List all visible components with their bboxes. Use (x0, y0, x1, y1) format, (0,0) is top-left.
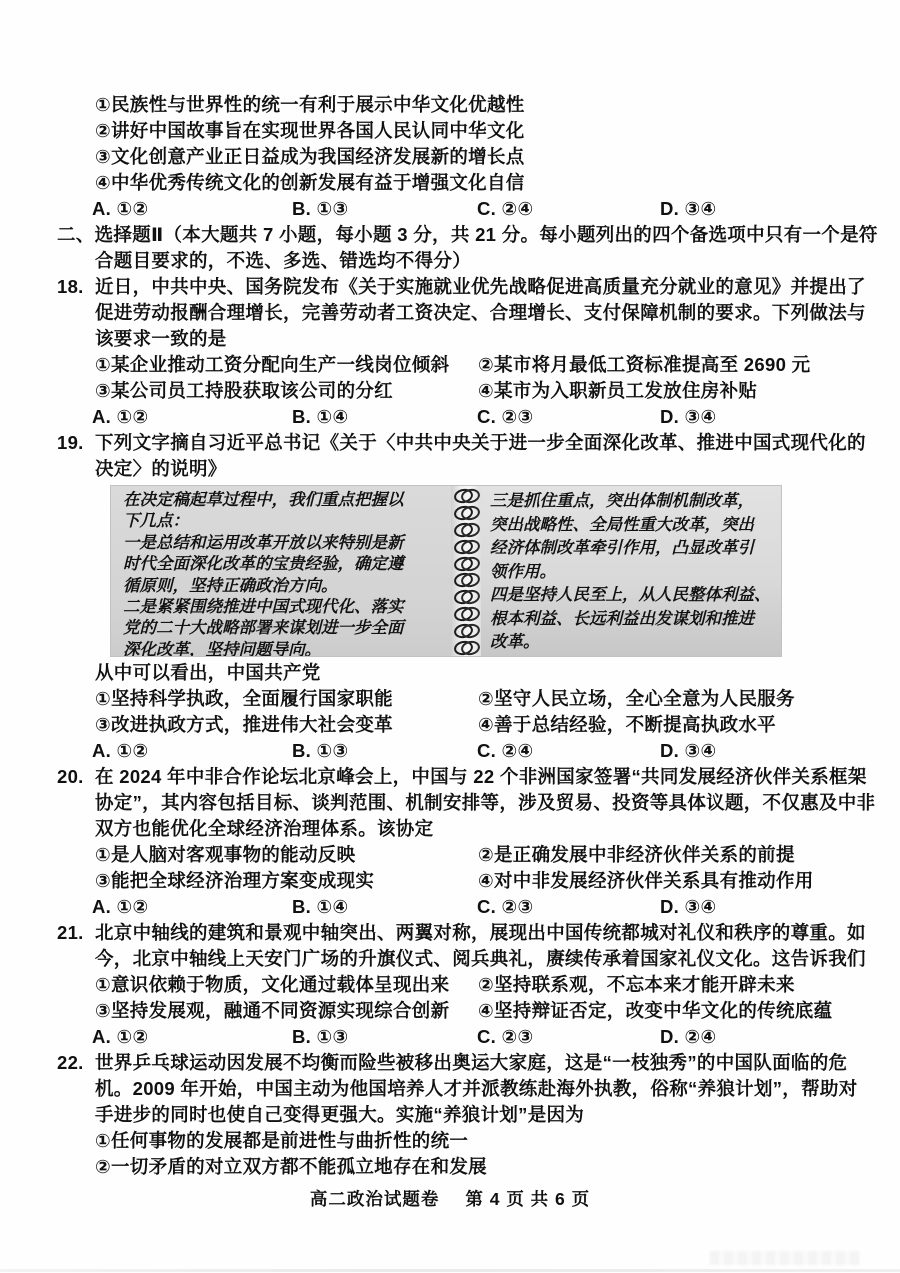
option-row: ③改进执政方式，推进伟大社会变革④善于总结经验，不断提高执政水平 (95, 712, 847, 738)
figure-text-line: 一是总结和运用改革开放以来特别是新 (123, 532, 447, 553)
answer-d: D. ③④ (660, 738, 716, 764)
spiral-ring-icon (454, 557, 478, 569)
stem-line: 机。2009 年开始，中国主动为他国培养人才并派教练赴海外执教，俗称“养狼计划”… (95, 1076, 847, 1102)
footer-page-number: 第 4 页 共 6 页 (465, 1189, 590, 1209)
figure-text-line: 二是紧紧围绕推进中国式现代化、落实 (123, 596, 447, 617)
question-17-answers: A. ①②B. ①③C. ②④D. ③④ (57, 196, 847, 222)
figure-text-line: 下几点： (123, 510, 447, 531)
spiral-ring-icon (454, 540, 478, 552)
answer-a: A. ①② (92, 1024, 292, 1050)
option-3: ③坚持发展观，融通不同资源实现综合创新 (95, 998, 478, 1024)
option-4: ④坚持辩证否定，改变中华文化的传统底蕴 (478, 1000, 832, 1021)
option-4: ④对中非发展经济伙伴关系具有推动作用 (478, 870, 814, 891)
stem-line: 下列文字摘自习近平总书记《关于〈中共中央关于进一步全面深化改革、推进中国式现代化… (95, 430, 847, 456)
question-19-number: 19. (57, 430, 84, 456)
figure-text-line: 改革。 (490, 630, 777, 654)
option-2: ②是正确发展中非经济伙伴关系的前提 (478, 844, 795, 865)
option-2: ②一切矛盾的对立双方都不能孤立地存在和发展 (95, 1154, 847, 1180)
option-4: ④某市为入职新员工发放住房补贴 (478, 380, 757, 401)
figure-text-line: 深化改革，坚持问题导向。 (123, 639, 447, 657)
question-18: 18. 近日，中共中央、国务院发布《关于实施就业优先战略促进高质量充分就业的意见… (57, 274, 847, 404)
answer-c: C. ②④ (477, 738, 660, 764)
option-1: ①坚持科学执政，全面履行国家职能 (95, 686, 478, 712)
option-3: ③文化创意产业正日益成为我国经济发展新的增长点 (95, 144, 847, 170)
spiral-ring-icon (454, 607, 478, 619)
figure-text-line: 在决定稿起草过程中，我们重点把握以 (123, 489, 447, 510)
option-1: ①是人脑对客观事物的能动反映 (95, 842, 478, 868)
option-2: ②坚持联系观，不忘本来才能开辟未来 (478, 974, 795, 995)
answer-b: B. ①④ (292, 404, 477, 430)
section-header-line-1: 二、选择题Ⅱ（本大题共 7 小题，每小题 3 分，共 21 分。每小题列出的四个… (57, 222, 847, 248)
spiral-ring-icon (454, 641, 478, 653)
figure-text-line: 突出战略性、全局性重大改革，突出 (490, 513, 777, 537)
question-17-options: ①民族性与世界性的统一有利于展示中华文化优越性 ②讲好中国故事旨在实现世界各国人… (57, 92, 847, 196)
question-20-number: 20. (57, 764, 84, 790)
spiral-ring-icon (454, 489, 478, 501)
answer-b: B. ①③ (292, 196, 477, 222)
answer-a: A. ①② (92, 738, 292, 764)
question-22: 22. 世界乒乓球运动因发展不均衡而险些被移出奥运大家庭，这是“一枝独秀”的中国… (57, 1050, 847, 1180)
question-19: 19. 下列文字摘自习近平总书记《关于〈中共中央关于进一步全面深化改革、推进中国… (57, 430, 847, 738)
option-1: ①意识依赖于物质，文化通过载体呈现出来 (95, 972, 478, 998)
spiral-ring-icon (454, 506, 478, 518)
stem-line: 今，北京中轴线上天安门广场的升旗仪式、阅兵典礼，赓续传承着国家礼仪文化。这告诉我… (95, 946, 847, 972)
answer-c: C. ②③ (477, 1024, 660, 1050)
question-18-number: 18. (57, 274, 84, 300)
question-19-answers: A. ①②B. ①③C. ②④D. ③④ (57, 738, 847, 764)
figure-text-line: 根本利益、长远利益出发谋划和推进 (490, 607, 777, 631)
question-18-answers: A. ①②B. ①④C. ②③D. ③④ (57, 404, 847, 430)
answer-b: B. ①③ (292, 1024, 477, 1050)
answer-d: D. ③④ (660, 894, 716, 920)
spiral-ring-icon (454, 624, 478, 636)
question-20-answers: A. ①②B. ①④C. ②③D. ③④ (57, 894, 847, 920)
answer-d: D. ③④ (660, 196, 716, 222)
page-footer: 高二政治试题卷第 4 页 共 6 页 (0, 1186, 900, 1211)
option-1: ①某企业推动工资分配向生产一线岗位倾斜 (95, 352, 478, 378)
option-3: ③改进执政方式，推进伟大社会变革 (95, 712, 478, 738)
question-21-number: 21. (57, 920, 84, 946)
stem-line: 世界乒乓球运动因发展不均衡而险些被移出奥运大家庭，这是“一枝独秀”的中国队面临的… (95, 1050, 847, 1076)
footer-exam-title: 高二政治试题卷 (310, 1189, 440, 1209)
answer-d: D. ③④ (660, 404, 716, 430)
answer-a: A. ①② (92, 894, 292, 920)
figure-text-line: 党的二十大战略部署来谋划进一步全面 (123, 617, 447, 638)
stem-line: 该要求一致的是 (95, 326, 847, 352)
option-row: ①某企业推动工资分配向生产一线岗位倾斜②某市将月最低工资标准提高至 2690 元 (95, 352, 847, 378)
question-22-number: 22. (57, 1050, 84, 1076)
option-3: ③某公司员工持股获取该公司的分红 (95, 378, 478, 404)
figure-text-line: 领作用。 (490, 560, 777, 584)
spiral-ring-icon (454, 523, 478, 535)
stem-line: 促进劳动报酬合理增长，完善劳动者工资决定、合理增长、支付保障机制的要求。下列做法… (95, 300, 847, 326)
figure-text-line: 循原则，坚持正确政治方向。 (123, 575, 447, 596)
page-content: ①民族性与世界性的统一有利于展示中华文化优越性 ②讲好中国故事旨在实现世界各国人… (57, 92, 847, 1180)
option-row: ①意识依赖于物质，文化通过载体呈现出来②坚持联系观，不忘本来才能开辟未来 (95, 972, 847, 998)
stem-line: 北京中轴线的建筑和景观中轴突出、两翼对称，展现出中国传统都城对礼仪和秩序的尊重。… (95, 920, 847, 946)
notebook-right-page: 三是抓住重点，突出体制机制改革， 突出战略性、全局性重大改革，突出 经济体制改革… (481, 486, 781, 656)
exam-paper-page: ①民族性与世界性的统一有利于展示中华文化优越性 ②讲好中国故事旨在实现世界各国人… (0, 0, 900, 1273)
stem-line: 协定”，其内容包括目标、谈判范围、机制安排等，涉及贸易、投资等具体议题，不仅惠及… (95, 790, 847, 816)
answer-d: D. ②④ (660, 1024, 716, 1050)
section-header-line-2: 合题目要求的，不选、多选、错选均不得分） (57, 248, 847, 274)
question-21-answers: A. ①②B. ①③C. ②③D. ②④ (57, 1024, 847, 1050)
option-3: ③能把全球经济治理方案变成现实 (95, 868, 478, 894)
stem-line: 近日，中共中央、国务院发布《关于实施就业优先战略促进高质量充分就业的意见》并提出… (95, 274, 847, 300)
section-title: 二、选择题Ⅱ (57, 224, 164, 245)
option-row: ③能把全球经济治理方案变成现实④对中非发展经济伙伴关系具有推动作用 (95, 868, 847, 894)
notebook-left-page: 在决定稿起草过程中，我们重点把握以 下几点： 一是总结和运用改革开放以来特别是新… (111, 486, 451, 656)
scan-edge-line (0, 1269, 900, 1272)
spiral-binding (451, 486, 481, 656)
option-1: ①任何事物的发展都是前进性与曲折性的统一 (95, 1128, 847, 1154)
option-row: ③某公司员工持股获取该公司的分红④某市为入职新员工发放住房补贴 (95, 378, 847, 404)
answer-c: C. ②④ (477, 196, 660, 222)
question-20: 20. 在 2024 年中非合作论坛北京峰会上，中国与 22 个非洲国家签署“共… (57, 764, 847, 894)
option-2: ②某市将月最低工资标准提高至 2690 元 (478, 354, 810, 375)
notebook-figure-image: 在决定稿起草过程中，我们重点把握以 下几点： 一是总结和运用改革开放以来特别是新… (110, 485, 782, 657)
stem-line: 在 2024 年中非合作论坛北京峰会上，中国与 22 个非洲国家签署“共同发展经… (95, 764, 847, 790)
option-2: ②坚守人民立场，全心全意为人民服务 (478, 688, 795, 709)
answer-b: B. ①③ (292, 738, 477, 764)
option-4: ④善于总结经验，不断提高执政水平 (478, 714, 776, 735)
option-1: ①民族性与世界性的统一有利于展示中华文化优越性 (95, 92, 847, 118)
answer-a: A. ①② (92, 404, 292, 430)
option-row: ①是人脑对客观事物的能动反映②是正确发展中非经济伙伴关系的前提 (95, 842, 847, 868)
figure-text-line: 经济体制改革牵引作用，凸显改革引 (490, 536, 777, 560)
figure-text-line: 四是坚持人民至上，从人民整体利益、 (490, 583, 777, 607)
option-row: ③坚持发展观，融通不同资源实现综合创新④坚持辩证否定，改变中华文化的传统底蕴 (95, 998, 847, 1024)
spiral-ring-icon (454, 590, 478, 602)
question-21: 21. 北京中轴线的建筑和景观中轴突出、两翼对称，展现出中国传统都城对礼仪和秩序… (57, 920, 847, 1024)
section-header-rest: （本大题共 7 小题，每小题 3 分，共 21 分。每小题列出的四个备选项中只有… (164, 224, 878, 245)
stem-line: 决定〉的说明》 (95, 456, 847, 482)
figure-text-line: 三是抓住重点，突出体制机制改革， (490, 489, 777, 513)
stem-continuation: 从中可以看出，中国共产党 (95, 660, 847, 686)
option-2: ②讲好中国故事旨在实现世界各国人民认同中华文化 (95, 118, 847, 144)
stem-line: 手进步的同时也使自己变得更强大。实施“养狼计划”是因为 (95, 1102, 847, 1128)
figure-text-line: 时代全面深化改革的宝贵经验，确定遵 (123, 553, 447, 574)
spiral-ring-icon (454, 573, 478, 585)
scan-bleed-artifact (710, 1251, 860, 1265)
answer-a: A. ①② (92, 196, 292, 222)
answer-b: B. ①④ (292, 894, 477, 920)
answer-c: C. ②③ (477, 894, 660, 920)
stem-line: 双方也能优化全球经济治理体系。该协定 (95, 816, 847, 842)
option-4: ④中华优秀传统文化的创新发展有益于增强文化自信 (95, 170, 847, 196)
answer-c: C. ②③ (477, 404, 660, 430)
option-row: ①坚持科学执政，全面履行国家职能②坚守人民立场，全心全意为人民服务 (95, 686, 847, 712)
